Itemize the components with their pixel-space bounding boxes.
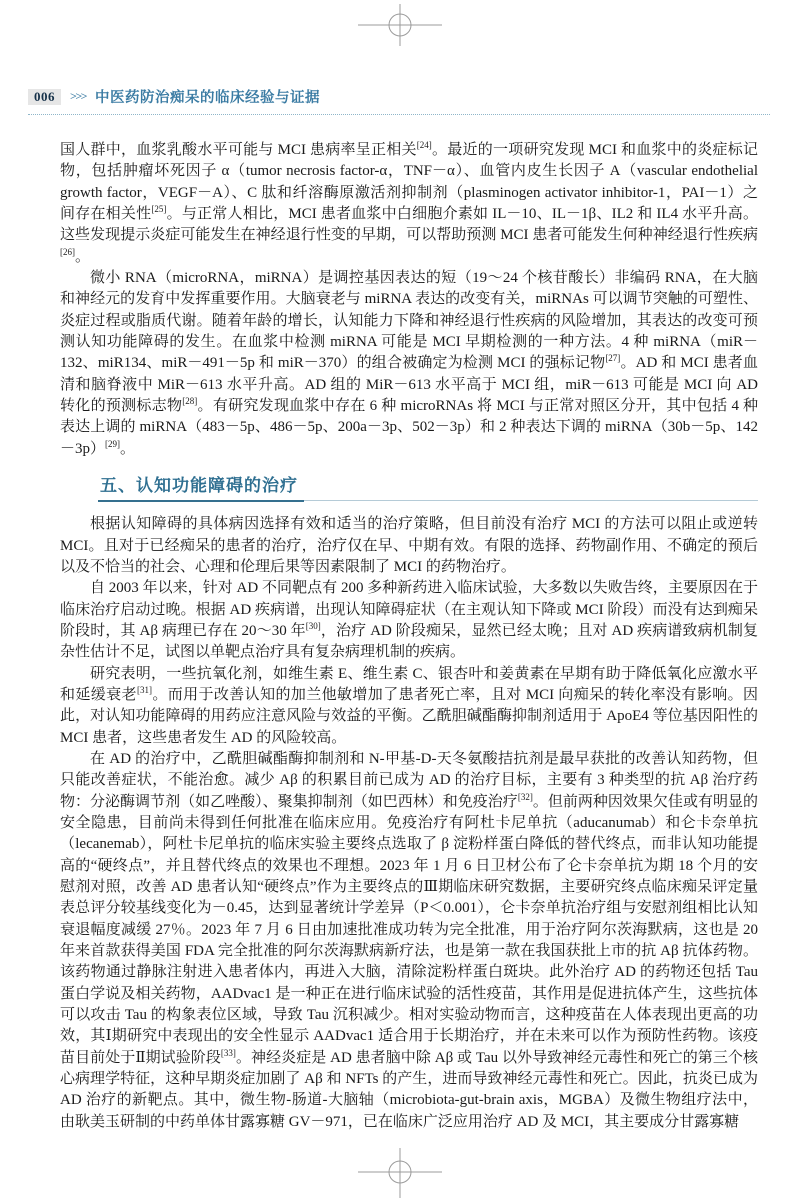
header-arrows-icon: >>> [70,89,86,104]
body-paragraph: 研究表明，一些抗氧化剂，如维生素 E、维生素 C、银杏叶和姜黄素在早期有助于降低… [60,664,758,749]
body-paragraph: 微小 RNA（microRNA，miRNA）是调控基因表达的短（19～24 个核… [60,268,758,460]
body-paragraph: 在 AD 的治疗中，乙酰胆碱酯酶抑制剂和 N-甲基-D-天冬氨酸拮抗剂是最早获批… [60,749,758,1133]
body-paragraph: 自 2003 年以来，针对 AD 不同靶点有 200 多种新药进入临床试验，大多… [60,578,758,663]
book-title: 中医药防治痴呆的临床经验与证据 [95,86,320,107]
page-number: 006 [28,89,61,105]
body-paragraph: 根据认知障碍的具体病因选择有效和适当的治疗策略，但目前没有治疗 MCI 的方法可… [60,514,758,578]
paragraph-text: 国人群中，血浆乳酸水平可能与 MCI 患病率呈正相关 [60,142,417,158]
body-text-column: 国人群中，血浆乳酸水平可能与 MCI 患病率呈正相关[24]。最近的一项研究发现… [60,140,758,1133]
section-heading-text: 五、认知功能障碍的治疗 [98,474,304,502]
reference-superscript: [25] [151,204,166,214]
reference-superscript: [26] [60,247,75,257]
reference-superscript: [31] [137,685,152,695]
body-paragraph: 国人群中，血浆乳酸水平可能与 MCI 患病率呈正相关[24]。最近的一项研究发现… [60,140,758,268]
paragraph-text: 。 [120,441,135,457]
paragraph-text: 根据认知障碍的具体病因选择有效和适当的治疗策略，但目前没有治疗 MCI 的方法可… [60,516,758,575]
reference-superscript: [32] [518,792,533,802]
crop-mark-bottom-icon [340,1146,460,1200]
reference-superscript: [24] [417,140,432,150]
crop-mark-top-icon [340,0,460,50]
paragraph-text: 。而用于改善认知的加兰他敏增加了患者死亡率，且对 MCI 向痴呆的转化率没有影响… [60,687,758,746]
reference-superscript: [27] [605,353,620,363]
running-header: 006 >>> 中医药防治痴呆的临床经验与证据 [28,86,770,115]
book-page: 006 >>> 中医药防治痴呆的临床经验与证据 国人群中，血浆乳酸水平可能与 M… [0,0,800,1200]
reference-superscript: [30] [306,621,321,631]
paragraph-text: 。 [75,249,90,265]
section-heading-rule [304,500,758,501]
section-heading: 五、认知功能障碍的治疗 [60,474,758,502]
reference-superscript: [28] [182,396,197,406]
reference-superscript: [33] [221,1048,236,1058]
reference-superscript: [29] [105,439,120,449]
paragraph-text: 。但前两种因效果欠佳或有明显的安全隐患，目前尚未得到任何批准在临床应用。免疫治疗… [60,794,758,1066]
